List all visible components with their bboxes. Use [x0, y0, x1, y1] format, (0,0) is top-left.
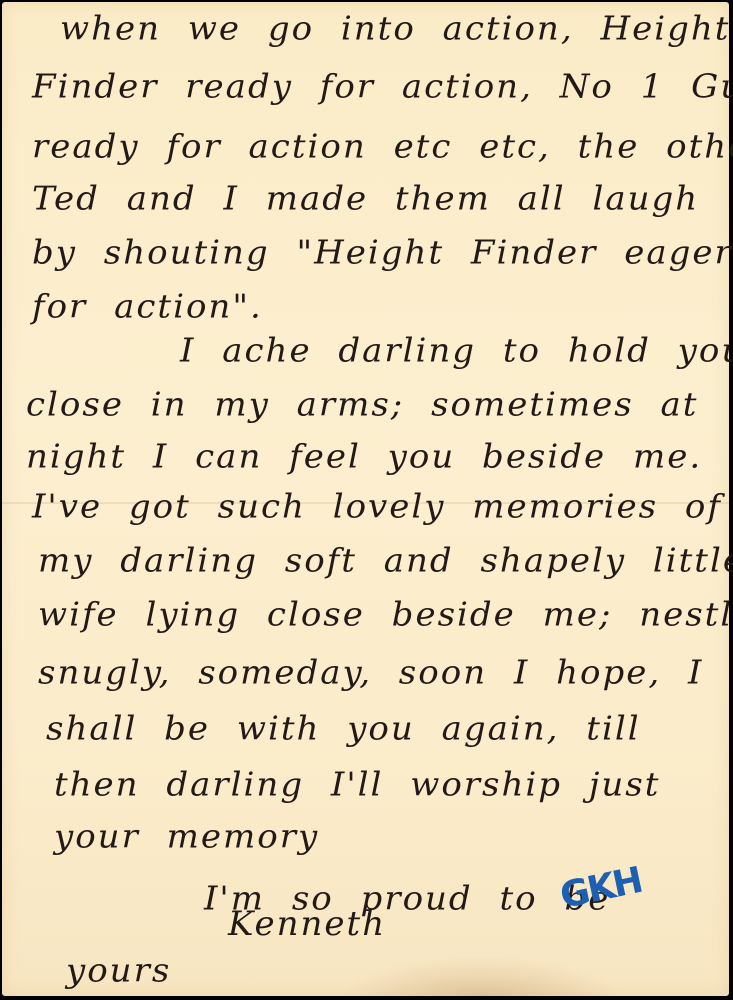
letter-line: snugly, someday, soon I hope, I: [38, 654, 703, 692]
letter-line: I ache darling to hold you: [180, 332, 733, 370]
letter-line: wife lying close beside me; nestling: [38, 596, 733, 634]
letter-page: when we go into action, Height Finder re…: [2, 2, 729, 996]
letter-signature: Kenneth: [228, 904, 386, 944]
letter-line: by shouting "Height Finder eager: [32, 234, 733, 272]
letter-line: ready for action etc etc, the other: [32, 128, 733, 166]
letter-line: I've got such lovely memories of: [32, 488, 722, 526]
blue-annotation-initials: GKH: [557, 860, 645, 917]
letter-line: my darling soft and shapely little: [38, 542, 733, 580]
letter-line: Ted and I made them all laugh: [32, 180, 699, 218]
letter-line: Finder ready for action, No 1 Gun: [32, 68, 733, 106]
letter-line: for action".: [32, 288, 263, 326]
letter-line: when we go into action, Height: [60, 10, 730, 48]
letter-closing: yours: [66, 952, 171, 990]
letter-line: close in my arms; sometimes at: [26, 386, 698, 424]
letter-line: then darling I'll worship just: [54, 766, 660, 804]
letter-line: your memory: [54, 818, 319, 856]
paper-stain: [342, 956, 622, 996]
letter-line: shall be with you again, till: [46, 710, 641, 748]
letter-line: night I can feel you beside me.: [26, 438, 702, 476]
